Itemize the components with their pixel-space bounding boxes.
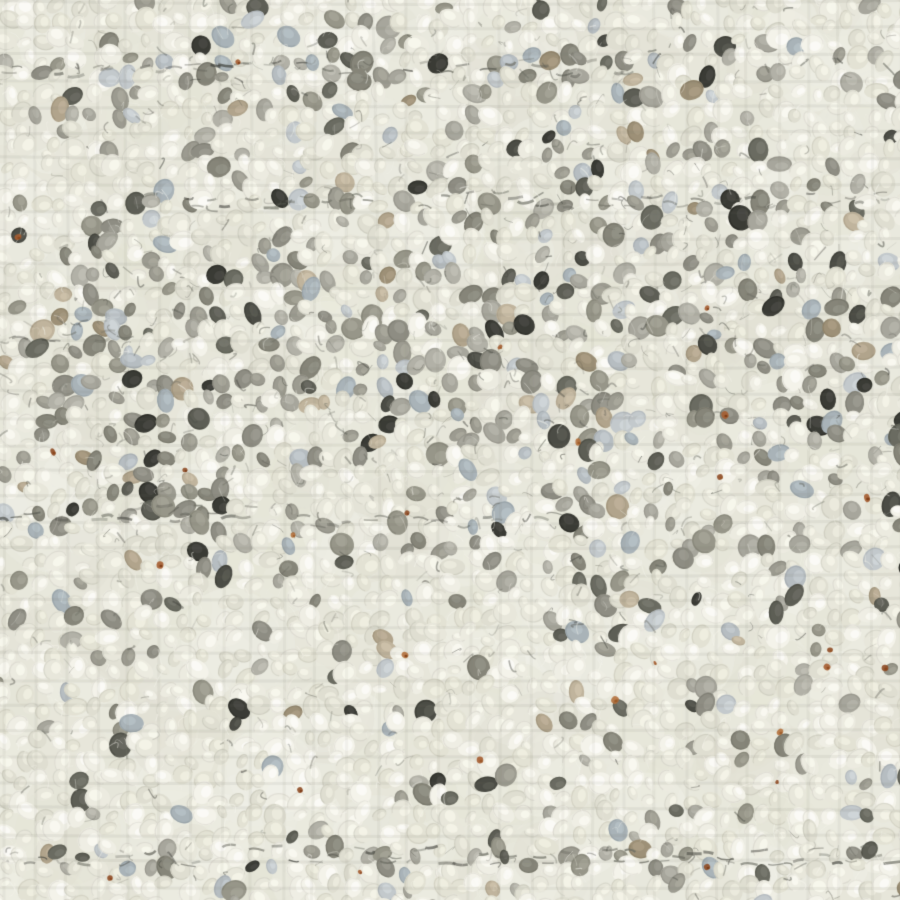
carpet-photo [0, 0, 900, 900]
carpet-texture-canvas [0, 0, 900, 900]
